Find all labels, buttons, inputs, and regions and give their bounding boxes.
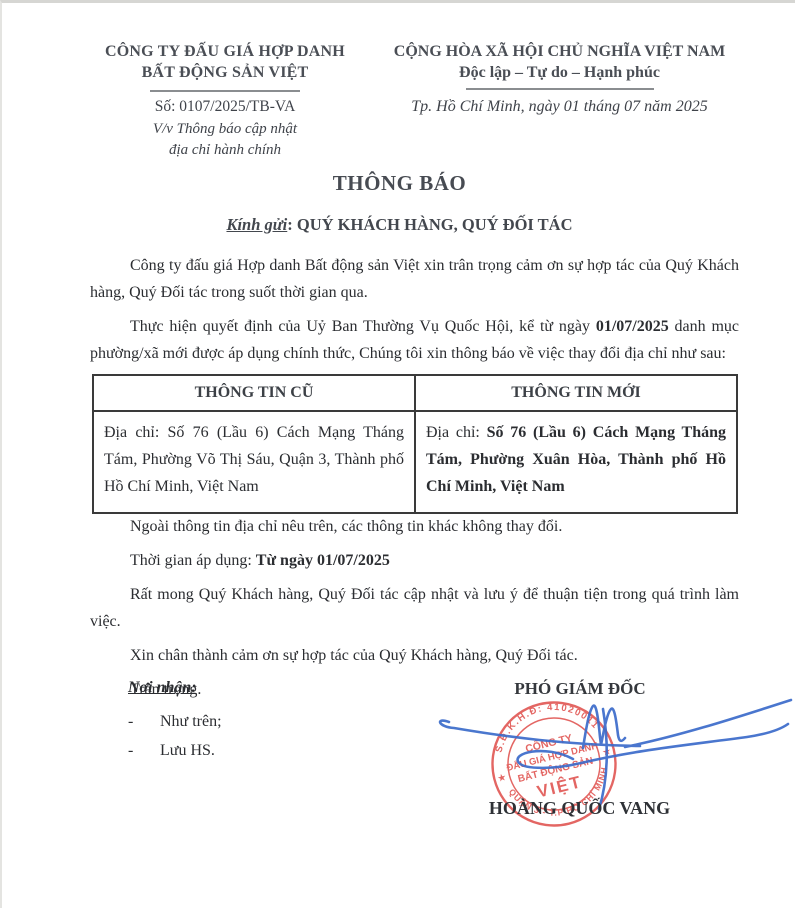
paragraph-no-other-change: Ngoài thông tin địa chỉ nêu trên, các th…	[90, 513, 739, 540]
recipient-item-text: Lưu HS.	[160, 736, 215, 765]
paragraph-decision: Thực hiện quyết định của Uỷ Ban Thường V…	[90, 313, 739, 367]
salutation-line: Kính gửi: QUÝ KHÁCH HÀNG, QUÝ ĐỐI TÁC	[2, 215, 795, 235]
national-header: CỘNG HÒA XÃ HỘI CHỦ NGHĨA VIỆT NAM Độc l…	[377, 41, 742, 116]
document-title: THÔNG BÁO	[2, 171, 795, 196]
new-address-label: Địa chỉ:	[426, 424, 487, 441]
table-row: Địa chỉ: Số 76 (Lầu 6) Cách Mạng Tháng T…	[93, 411, 737, 513]
company-letterhead: CÔNG TY ĐẤU GIÁ HỢP DANH BẤT ĐỘNG SẢN VI…	[75, 41, 375, 161]
company-name-line2: BẤT ĐỘNG SẢN VIỆT	[75, 62, 375, 83]
recipients-block: Nơi nhận: - Như trên; - Lưu HS.	[128, 679, 222, 765]
motto-underline	[466, 88, 654, 90]
body-paragraphs-top: Công ty đấu giá Hợp danh Bất động sản Vi…	[90, 252, 739, 374]
paragraph-thank-you: Xin chân thành cảm ơn sự hợp tác của Quý…	[90, 642, 739, 669]
table-header-row: THÔNG TIN CŨ THÔNG TIN MỚI	[93, 375, 737, 411]
national-motto-line1: CỘNG HÒA XÃ HỘI CHỦ NGHĨA VIỆT NAM	[377, 41, 742, 62]
salutation-recipients: : QUÝ KHÁCH HÀNG, QUÝ ĐỐI TÁC	[287, 215, 572, 234]
company-name-line1: CÔNG TY ĐẤU GIÁ HỢP DANH	[75, 41, 375, 62]
new-address-cell: Địa chỉ: Số 76 (Lầu 6) Cách Mạng Tháng T…	[415, 411, 737, 513]
subject-line2: địa chỉ hành chính	[75, 140, 375, 161]
paragraph-thanks: Công ty đấu giá Hợp danh Bất động sản Vi…	[90, 252, 739, 306]
subject-line1: V/v Thông báo cập nhật	[75, 119, 375, 140]
paragraph-apply-time: Thời gian áp dụng: Từ ngày 01/07/2025	[90, 547, 739, 574]
apply-time-value: Từ ngày 01/07/2025	[256, 552, 390, 569]
list-dash: -	[128, 707, 160, 736]
old-address-cell: Địa chỉ: Số 76 (Lầu 6) Cách Mạng Tháng T…	[93, 411, 415, 513]
apply-time-label: Thời gian áp dụng:	[130, 552, 256, 569]
document-subject: V/v Thông báo cập nhật địa chỉ hành chín…	[75, 119, 375, 161]
list-item: - Như trên;	[128, 707, 222, 736]
document-number: Số: 0107/2025/TB-VA	[75, 98, 375, 116]
letterhead-divider	[150, 90, 300, 92]
effective-date: 01/07/2025	[596, 318, 669, 335]
paragraph-request-update: Rất mong Quý Khách hàng, Quý Đối tác cập…	[90, 581, 739, 635]
place-date-line: Tp. Hồ Chí Minh, ngày 01 tháng 07 năm 20…	[377, 98, 742, 116]
address-comparison-table: THÔNG TIN CŨ THÔNG TIN MỚI Địa chỉ: Số 7…	[92, 374, 738, 514]
column-header-new-info: THÔNG TIN MỚI	[415, 375, 737, 411]
old-address-label: Địa chỉ:	[104, 424, 168, 441]
list-item: - Lưu HS.	[128, 736, 222, 765]
column-header-old-info: THÔNG TIN CŨ	[93, 375, 415, 411]
recipients-heading: Nơi nhận:	[128, 679, 222, 697]
document-page: CÔNG TY ĐẤU GIÁ HỢP DANH BẤT ĐỘNG SẢN VI…	[0, 0, 795, 908]
national-motto-line2: Độc lập – Tự do – Hạnh phúc	[377, 62, 742, 84]
paragraph-decision-pre: Thực hiện quyết định của Uỷ Ban Thường V…	[130, 318, 596, 335]
signer-name: HOÀNG QUỐC VANG	[457, 798, 702, 819]
list-dash: -	[128, 736, 160, 765]
salutation-label: Kính gửi	[226, 215, 287, 234]
recipient-item-text: Như trên;	[160, 707, 222, 736]
